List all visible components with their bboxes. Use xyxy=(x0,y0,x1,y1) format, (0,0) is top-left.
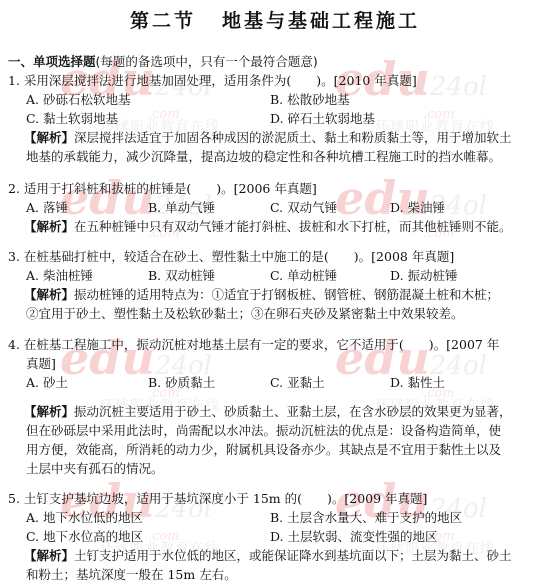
question-2-explanation: 【解析】在五种桩锤中只有双动气锤才能打斜桩、拔桩和水下打桩，而其他桩锤则不能。 xyxy=(24,218,512,236)
section-heading-label: 一、单项选择题 xyxy=(8,54,96,69)
question-4-option-d: D. 黏性土 xyxy=(390,374,445,392)
question-1-option-d: D. 碎石土软弱地基 xyxy=(270,110,375,128)
question-4-option-a: A. 砂土 xyxy=(26,374,68,392)
question-5-explanation-cont: 和粉土；基坑深度一般在 15m 左右。 xyxy=(26,566,237,584)
question-1-stem: 1. 采用深层搅拌法进行地基加固处理，适用条件为( )。[2010 年真题] xyxy=(8,72,417,90)
question-3-explanation-cont: ②宜用于砂土、塑性黏土及松软砂黏土；③在卵石夹砂及紧密黏土中效果较差。 xyxy=(26,305,464,323)
question-2-option-c: C. 双动气锤 xyxy=(270,199,337,217)
question-4-option-c: C. 亚黏土 xyxy=(270,374,325,392)
chapter-section: 第二节 xyxy=(130,10,196,32)
question-4-stem: 4. 在桩基工程施工中，振动沉桩对地基土层有一定的要求，它不适用于( )。[20… xyxy=(8,336,499,354)
question-1-option-b: B. 松散砂地基 xyxy=(270,91,350,109)
question-4-option-b: B. 砂质黏土 xyxy=(148,374,215,392)
section-heading: 一、单项选择题(每题的备选项中，只有一个最符合题意) xyxy=(8,53,318,71)
question-1-option-c: C. 黏土软弱地基 xyxy=(26,110,118,128)
question-5-stem: 5. 土钉支护基坑边坡，适用于基坑深度小于 15m 的( )。[2009 年真题… xyxy=(8,490,427,508)
question-2-option-a: A. 落锤 xyxy=(26,199,68,217)
question-4-explanation-cont-2: 用方便，效能高，所消耗的动力少，附属机具设备亦少。其缺点是不宜用于黏性土以及 xyxy=(26,441,501,459)
question-3-option-b: B. 双动桩锤 xyxy=(148,267,215,285)
section-title: 地基与基础工程施工 xyxy=(222,10,420,32)
question-4-explanation-cont-1: 但在砂砾层中采用此法时，尚需配以水冲法。振动沉桩法的优点是：设备构造简单，使 xyxy=(26,422,501,440)
page-title: 第二节地基与基础工程施工 xyxy=(0,6,550,33)
question-3-option-a: A. 柴油桩锤 xyxy=(26,267,93,285)
question-1-option-a: A. 砂砾石松软地基 xyxy=(26,91,130,109)
question-3-option-c: C. 单动桩锤 xyxy=(270,267,337,285)
question-1-explanation: 【解析】深层搅拌法适宜于加固各种成因的淤泥质土、黏土和粉质黏土等，用于增加软土 xyxy=(24,129,512,147)
question-2-option-b: B. 单动气锤 xyxy=(148,199,215,217)
question-4-stem-cont: 真题] xyxy=(26,355,56,373)
question-4-explanation-cont-3: 土层中夹有孤石的情况。 xyxy=(26,460,164,478)
question-3-stem: 3. 在桩基础打桩中，较适合在砂土、塑性黏土中施工的是( )。[2008 年真题… xyxy=(8,248,454,266)
question-3-option-d: D. 振动桩锤 xyxy=(390,267,458,285)
question-2-stem: 2. 适用于打斜桩和拔桩的桩锤是( )。[2006 年真题] xyxy=(8,180,317,198)
question-5-explanation: 【解析】土钉支护适用于水位低的地区，或能保证降水到基坑面以下；土层为黏土、砂土 xyxy=(24,547,512,565)
question-5-option-b: B. 土层含水量大、难于支护的地区 xyxy=(270,509,462,527)
question-3-explanation: 【解析】振动桩锤的适用特点为：①适宜于打钢板桩、钢管桩、钢筋混凝土桩和木桩； xyxy=(24,286,499,304)
question-1-explanation-cont: 地基的承载能力，减少沉降量，提高边坡的稳定性和各种坑槽工程施工时的挡水帷幕。 xyxy=(26,148,501,166)
question-5-option-d: D. 土层软弱、流变性强的地区 xyxy=(270,528,438,546)
section-heading-note: (每题的备选项中，只有一个最符合题意) xyxy=(96,54,318,69)
question-2-option-d: D. 柴油锤 xyxy=(390,199,445,217)
question-5-option-a: A. 地下水位低的地区 xyxy=(26,509,143,527)
question-4-explanation: 【解析】振动沉桩主要适用于砂土、砂质黏土、亚黏土层，在含水砂层的效果更为显著， xyxy=(24,403,512,421)
question-5-option-c: C. 地下水位高的地区 xyxy=(26,528,143,546)
document-page: edu24ol.com环球职业教育在线 edu24ol.com环球职业教育在线 … xyxy=(0,0,550,588)
